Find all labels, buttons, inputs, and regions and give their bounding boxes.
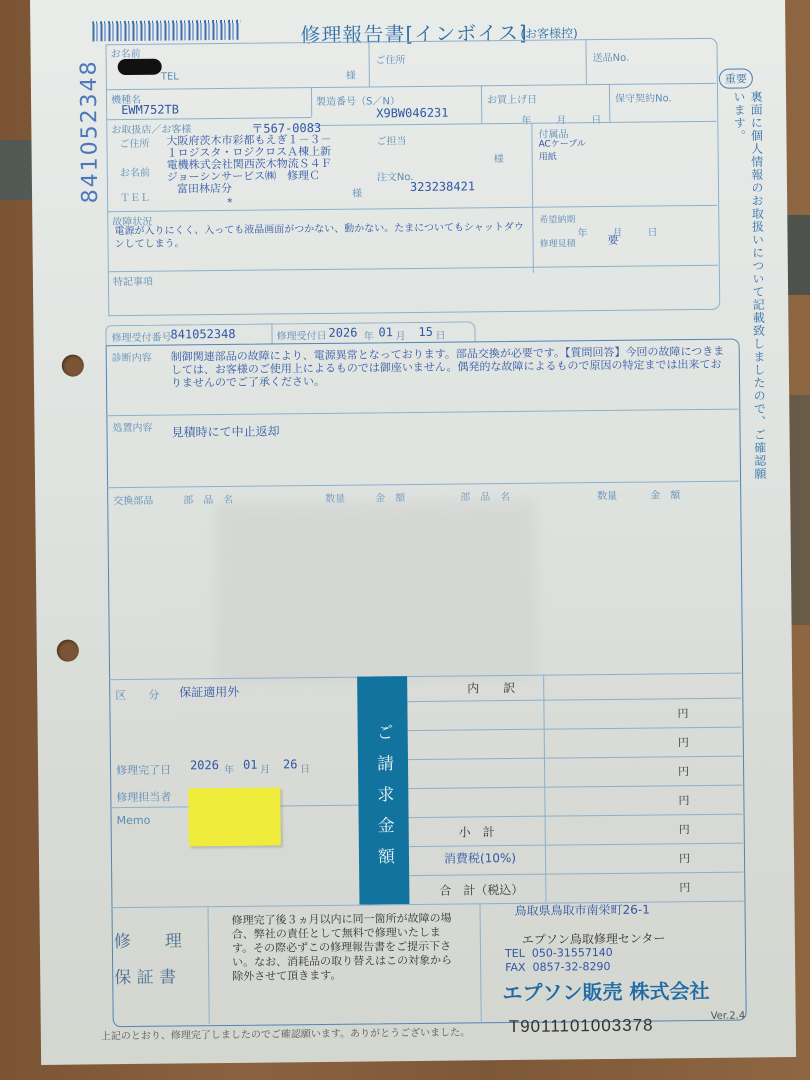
model-value: EWM752TB bbox=[121, 102, 179, 117]
repair-report-paper: 修理報告書[インボイス] (お客様控) 841052348 重要 裏面に個人情報… bbox=[30, 0, 796, 1065]
day-unit: 日 bbox=[435, 327, 445, 342]
warranty-title-line1: 修 理 bbox=[114, 923, 182, 960]
diagnosis-text: 制御関連部品の故障により、電源異常となっております。部品交換が必要です。【質問回… bbox=[171, 345, 731, 390]
blurred-parts-area bbox=[215, 500, 537, 683]
address-label: ご住所 bbox=[376, 51, 406, 66]
reception-number-value: 841052348 bbox=[170, 327, 235, 342]
dealer-name-line2: 富田林店分 bbox=[177, 182, 232, 196]
reception-year: 2026 bbox=[328, 326, 357, 340]
year-unit: 年 bbox=[521, 112, 531, 127]
shipping-no-label: 送品No. bbox=[593, 49, 630, 64]
barcode bbox=[92, 20, 240, 42]
reception-number-label: 修理受付番号 bbox=[111, 329, 171, 345]
day-unit: 日 bbox=[300, 760, 310, 775]
completion-day: 26 bbox=[283, 757, 298, 771]
tax-label: 消費税(10%) bbox=[444, 852, 516, 866]
day-unit: 日 bbox=[591, 111, 601, 126]
year-unit: 年 bbox=[224, 761, 234, 776]
tel-label: TEL bbox=[161, 71, 179, 82]
service-center-tel: TEL 050-31557140 bbox=[505, 946, 613, 960]
month-unit: 月 bbox=[395, 327, 405, 342]
parts-label: 交換部品 bbox=[113, 492, 153, 507]
completion-year: 2026 bbox=[190, 758, 219, 772]
parts-col-amount-2: 金 額 bbox=[650, 486, 680, 501]
yen-unit: 円 bbox=[678, 763, 689, 779]
billing-table: 内 訳 円 円 円 円 小 計 円 消費税(10%) 円 合 計（税込） 円 bbox=[407, 673, 743, 904]
classification-value: 保証適用外 bbox=[179, 686, 239, 700]
desired-date-label: 希望納期 bbox=[539, 212, 575, 225]
form-version: Ver.2.4 bbox=[711, 1011, 746, 1022]
yen-unit: 円 bbox=[677, 705, 688, 721]
punch-hole-bottom bbox=[57, 640, 79, 662]
action-label: 処置内容 bbox=[112, 419, 152, 434]
yen-unit: 円 bbox=[679, 879, 690, 895]
month-unit: 月 bbox=[556, 111, 566, 126]
invoice-registration-number: T9011101003378 bbox=[509, 1016, 654, 1038]
order-no-value: 323238421 bbox=[410, 179, 475, 194]
side-reception-number: 841052348 bbox=[77, 59, 103, 203]
warranty-title-line2: 保 証 書 bbox=[114, 959, 182, 996]
yen-unit: 円 bbox=[679, 821, 690, 837]
dealer-tel-value: * bbox=[227, 196, 233, 209]
maintenance-contract-label: 保守契約No. bbox=[615, 89, 672, 105]
special-notes-label: 特記事項 bbox=[113, 273, 153, 288]
footer-note: 上記のとおり、修理完了しましたのでご確認願います。ありがとうございました。 bbox=[101, 1023, 470, 1042]
parts-col-qty-2: 数量 bbox=[597, 487, 617, 502]
service-center-address: 鳥取県鳥取市南栄町26-1 bbox=[515, 904, 650, 918]
day-unit: 日 bbox=[647, 223, 657, 238]
honorific: 様 bbox=[346, 67, 356, 82]
reception-day: 15 bbox=[418, 325, 433, 339]
punch-hole-top bbox=[62, 354, 84, 376]
warranty-title: 修 理 保 証 書 bbox=[114, 923, 183, 996]
subtotal-label: 小 計 bbox=[459, 823, 495, 840]
action-text: 見積時にて中止返却 bbox=[171, 425, 279, 439]
dealer-address-label: ご住所 bbox=[119, 135, 149, 150]
classification-label: 区 分 bbox=[115, 687, 159, 703]
dealer-name-label: お名前 bbox=[120, 164, 150, 179]
company-name: エプソン販売 株式会社 bbox=[502, 975, 709, 1006]
year-unit: 年 bbox=[363, 327, 373, 342]
estimate-value: 要 bbox=[607, 234, 618, 247]
name-label: お名前 bbox=[110, 45, 140, 60]
sticky-note bbox=[188, 787, 281, 846]
estimate-label: 修理見積 bbox=[540, 236, 576, 249]
breakdown-label: 内 訳 bbox=[467, 679, 515, 697]
symptom-text: 電源が入りにくく、入っても液晶画面がつかない、動かない。たまについてもシャットダ… bbox=[114, 221, 529, 251]
service-center-fax: FAX 0857-32-8290 bbox=[505, 960, 610, 974]
accessory-item: 用紙 bbox=[539, 151, 557, 164]
diagnosis-label: 診断内容 bbox=[112, 349, 152, 364]
service-center-name: エプソン鳥取修理センター bbox=[522, 929, 666, 948]
reception-date-label: 修理受付日 bbox=[276, 327, 326, 343]
dealer-tel-label: ＴＥＬ bbox=[120, 189, 150, 204]
yen-unit: 円 bbox=[678, 734, 689, 750]
dealer-honorific: 様 bbox=[352, 185, 362, 200]
redacted-name bbox=[118, 59, 162, 75]
staff-honorific: 様 bbox=[494, 150, 504, 165]
technician-label: 修理担当者 bbox=[116, 789, 171, 806]
billing-band: ご請求金額 bbox=[357, 676, 409, 905]
purchase-date-label: お買上げ日 bbox=[487, 91, 537, 107]
warranty-text: 修理完了後３ヵ月以内に同一箇所が故障の場合、弊社の責任として無料で修理いたします… bbox=[232, 912, 463, 984]
serial-value: X9BW046231 bbox=[376, 106, 448, 121]
month-unit: 月 bbox=[260, 761, 270, 776]
completion-date-label: 修理完了日 bbox=[116, 762, 171, 779]
yen-unit: 円 bbox=[678, 792, 689, 808]
staff-label: ご担当 bbox=[376, 132, 406, 147]
completion-month: 01 bbox=[243, 758, 258, 772]
order-no-label: 注文No. bbox=[377, 168, 414, 183]
year-unit: 年 bbox=[577, 224, 587, 239]
total-label: 合 計（税込） bbox=[439, 881, 523, 899]
memo-label: Memo bbox=[117, 814, 151, 827]
important-badge: 重要 bbox=[719, 68, 753, 88]
yen-unit: 円 bbox=[679, 850, 690, 866]
accessory-item: ACケーブル bbox=[538, 138, 586, 151]
reception-month: 01 bbox=[378, 325, 393, 339]
